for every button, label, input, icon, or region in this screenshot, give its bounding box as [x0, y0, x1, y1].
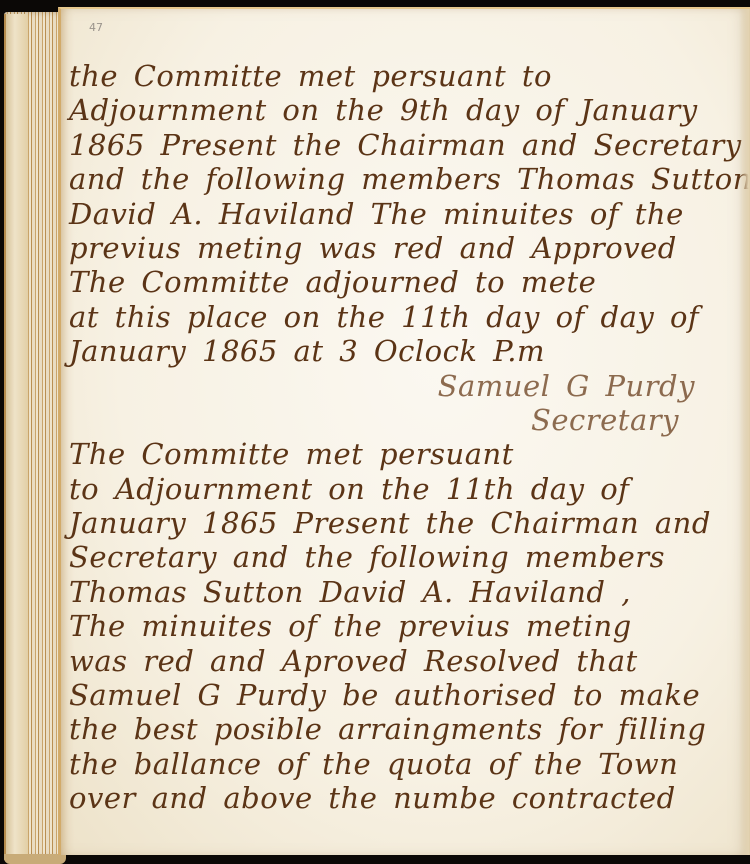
signature-name: Samuel G Purdy [69, 369, 749, 403]
text-line: January 1865 at 3 Oclock P.m [69, 334, 749, 368]
text-line: 1865 Present the Chairman and Secretary [69, 128, 749, 162]
text-line: the best posible arraingments for fillin… [69, 712, 749, 746]
page-number: 47 [89, 21, 103, 34]
text-line: the ballance of the quota of the Town [69, 747, 749, 781]
text-line: January 1865 Present the Chairman and [69, 506, 749, 540]
text-line: previus meting was red and Approved [69, 231, 749, 265]
text-line: and the following members Thomas Sutton [69, 162, 749, 196]
text-line: Adjournment on the 9th day of January [69, 93, 749, 127]
text-line: the Committe met persuant to [69, 59, 749, 93]
minutes-entry-1: the Committe met persuant to Adjournment… [69, 59, 749, 437]
text-line: The Committe met persuant [69, 437, 749, 471]
minutes-entry-2: The Committe met persuant to Adjournment… [69, 437, 749, 815]
text-line: was red and Aproved Resolved that [69, 644, 749, 678]
page-stack-edges [4, 12, 66, 858]
document-viewer: 47 the Committe met persuant to Adjournm… [0, 0, 750, 864]
text-line: The minuites of the previus meting [69, 609, 749, 643]
page-stack-bottom [4, 854, 66, 864]
text-line: over and above the numbe contracted [69, 781, 749, 815]
text-line: Secretary and the following members [69, 540, 749, 574]
signature-title: Secretary [69, 403, 749, 437]
text-line: at this place on the 11th day of day of [69, 300, 749, 334]
text-line: Thomas Sutton David A. Haviland , [69, 575, 749, 609]
text-line: David A. Haviland The minuites of the [69, 197, 749, 231]
handwritten-minutes: the Committe met persuant to Adjournment… [69, 59, 749, 816]
text-line: Samuel G Purdy be authorised to make [69, 678, 749, 712]
text-line: to Adjournment on the 11th day of [69, 472, 749, 506]
ledger-page: 47 the Committe met persuant to Adjournm… [58, 7, 750, 855]
text-line: The Committe adjourned to mete [69, 265, 749, 299]
back-cover-edge [4, 14, 28, 860]
